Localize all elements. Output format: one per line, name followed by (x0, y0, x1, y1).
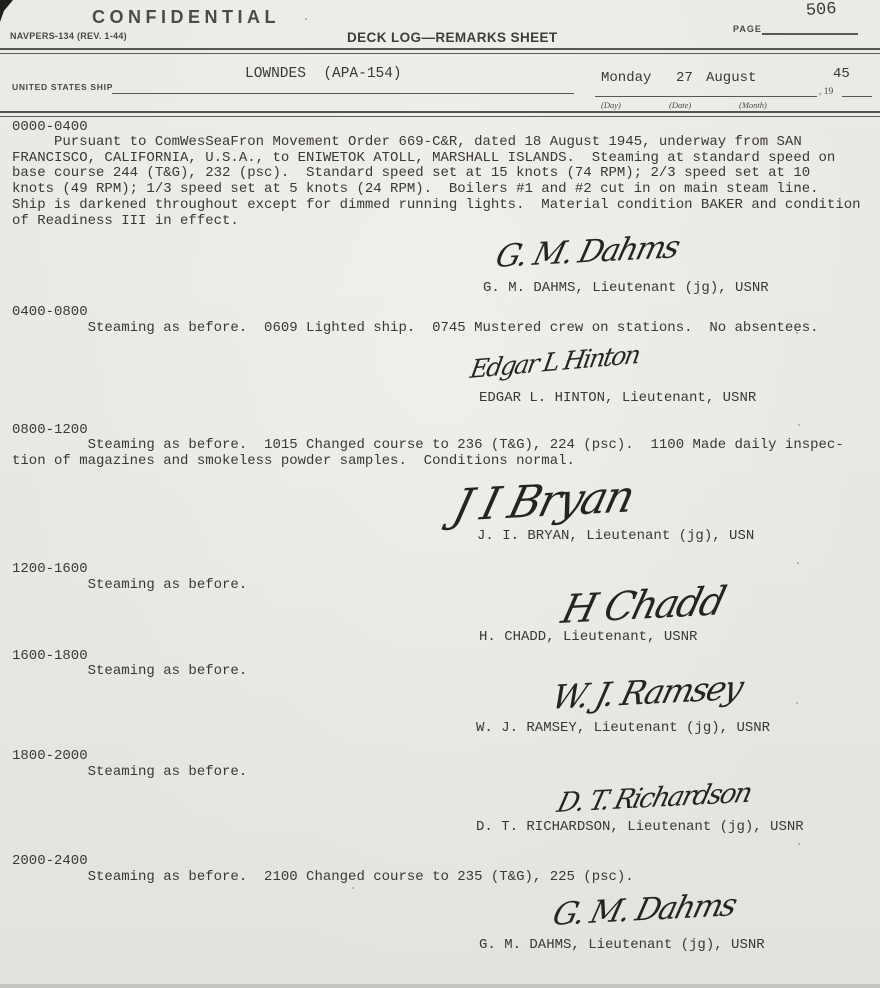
entry-time-range: 0400-0800 (12, 305, 88, 321)
header-rule-bottom (0, 111, 880, 117)
header-rule-top (0, 48, 880, 54)
signature-typed-name: J. I. BRYAN, Lieutenant (jg), USN (477, 529, 754, 545)
scan-speck (798, 424, 800, 426)
signature-typed-name: H. CHADD, Lieutenant, USNR (479, 630, 697, 646)
entry-text: Steaming as before. (12, 664, 247, 680)
signature-handwritten: G. M. Dahms (492, 229, 682, 275)
signature-typed-name: D. T. RICHARDSON, Lieutenant (jg), USNR (476, 820, 804, 836)
page-number: 506 (805, 2, 837, 20)
page-number-line (762, 33, 858, 35)
date-caption: (Date) (669, 100, 691, 110)
form-number: NAVPERS-134 (REV. 1-44) (10, 31, 127, 41)
scan-speck (797, 562, 799, 564)
date-line (595, 96, 817, 97)
scan-edge-shade (0, 984, 880, 988)
day-caption: (Day) (601, 100, 621, 110)
entry-text: Steaming as before. (12, 578, 247, 594)
entry-time-range: 1800-2000 (12, 749, 88, 765)
entry-text: Steaming as before. 2100 Changed course … (12, 870, 634, 886)
scan-corner-artifact (0, 0, 13, 22)
page-label: PAGE (733, 24, 762, 34)
scan-speck (798, 843, 800, 845)
signature-typed-name: EDGAR L. HINTON, Lieutenant, USNR (479, 391, 756, 407)
scan-speck (305, 18, 307, 20)
signature-typed-name: G. M. DAHMS, Lieutenant (jg), USNR (479, 938, 765, 954)
signature-handwritten: G. M. Dahms (549, 887, 739, 933)
ship-name-line (112, 93, 574, 94)
entry-text: Steaming as before. (12, 765, 247, 781)
signature-handwritten: J I Bryan (448, 471, 638, 532)
date-day-value: Monday (601, 71, 651, 87)
year-value: 45 (833, 67, 850, 83)
year-prefix-label: , 19 (819, 87, 833, 97)
scan-speck (796, 702, 798, 704)
signature-typed-name: W. J. RAMSEY, Lieutenant (jg), USNR (476, 721, 770, 737)
date-month-value: August (706, 71, 756, 87)
year-line (842, 96, 872, 97)
signature-typed-name: G. M. DAHMS, Lieutenant (jg), USNR (483, 281, 769, 297)
classification-stamp: CONFIDENTIAL (92, 7, 280, 28)
entry-time-range: 1200-1600 (12, 562, 88, 578)
deck-log-page: CONFIDENTIAL 506 PAGE NAVPERS-134 (REV. … (0, 0, 880, 988)
entry-time-range: 2000-2400 (12, 854, 88, 870)
month-caption: (Month) (739, 100, 767, 110)
scan-speck (797, 185, 799, 187)
signature-handwritten: W. J. Ramsey (548, 668, 746, 717)
signature-handwritten: Edgar L Hinton (468, 340, 641, 384)
signature-handwritten: D. T. Richardson (554, 777, 754, 819)
signature-handwritten: H Chadd (557, 579, 729, 633)
scan-speck (796, 332, 798, 334)
entry-text: Pursuant to ComWesSeaFron Movement Order… (12, 135, 861, 229)
entry-text: Steaming as before. 1015 Changed course … (12, 438, 844, 469)
ship-name-label: UNITED STATES SHIP (12, 82, 113, 92)
entry-text: Steaming as before. 0609 Lighted ship. 0… (12, 321, 819, 337)
ship-name-value: LOWNDES (APA-154) (245, 67, 402, 83)
sheet-title: DECK LOG—REMARKS SHEET (347, 30, 558, 45)
scan-speck (352, 887, 354, 889)
date-date-value: 27 (676, 71, 693, 87)
